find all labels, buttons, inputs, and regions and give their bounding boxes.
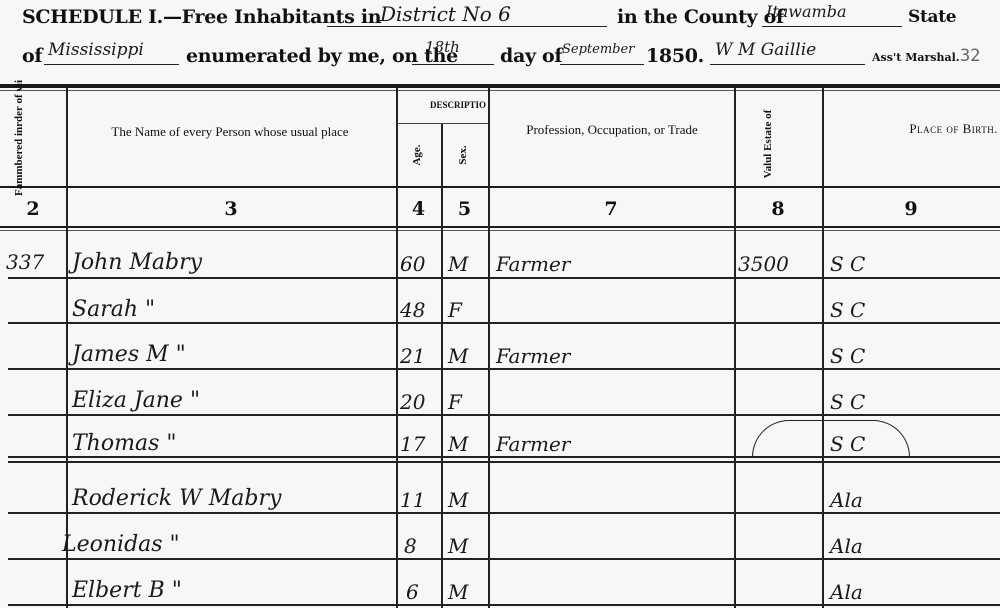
person-sex: M [448,344,468,368]
day-value: 18th [425,38,460,56]
table-top-rule-thin [0,90,1000,91]
person-sex: M [448,580,468,604]
colnum-divider-2 [0,230,1000,231]
colnum-divider-1 [0,226,1000,228]
families-header: Fammbered inrder of vii [14,96,54,196]
district-value: District No 6 [380,2,511,26]
header-divider [0,186,1000,188]
state-label: State [908,7,956,27]
table-top-rule [0,84,1000,88]
person-sex: M [448,252,468,276]
person-birthplace: S C [830,344,865,368]
person-name: John Mabry [72,250,202,275]
person-age: 21 [400,344,425,368]
col-divider-sex [488,88,490,608]
birthplace-header: Place of Birth. [826,122,1000,136]
description-header: DESCRIPTIO [398,101,488,111]
colnum-profession: 7 [488,198,734,220]
person-real-estate: 3500 [738,252,789,276]
row-line-2 [8,322,1000,324]
row-line-8 [8,604,1000,606]
person-age: 17 [400,432,425,456]
row-line-1 [8,277,1000,279]
person-birthplace: S C [830,390,865,414]
name-header: The Name of every Person whose usual pla… [70,125,390,139]
row-line-7 [8,558,1000,560]
month-underline [560,64,644,65]
state-underline [44,64,179,65]
person-profession: Farmer [496,432,570,456]
col-divider-name [396,88,398,608]
county-underline [762,26,902,27]
colnum-families: 2 [0,198,66,220]
marshal-signature: W M Gaillie [715,40,816,60]
person-sex: F [448,390,462,414]
person-sex: M [448,534,468,558]
colnum-sex: 5 [441,198,488,220]
person-age: 8 [404,534,417,558]
person-sex: F [448,298,462,322]
person-name: Sarah " [72,297,155,322]
profession-header: Profession, Occupation, or Trade [492,123,732,137]
family-separator [8,461,1000,463]
row-line-3 [8,368,1000,370]
description-subdivider [397,123,488,124]
colnum-estate: 8 [734,198,822,220]
col-divider-age [441,124,443,608]
person-age: 11 [400,488,425,512]
page-number: 32 [960,46,980,66]
col-divider-families [66,88,68,608]
person-birthplace: Ala [830,534,863,558]
person-birthplace: S C [830,252,865,276]
district-underline [327,26,607,27]
person-name: Elbert B " [72,578,182,603]
row-line-4 [8,414,1000,416]
person-name: Leonidas " [62,532,180,557]
person-age: 48 [400,298,425,322]
person-age: 60 [400,252,425,276]
colnum-birthplace: 9 [822,198,1000,220]
row-line-6 [8,512,1000,514]
person-age: 6 [406,580,419,604]
of-label: of [22,45,42,67]
person-sex: M [448,432,468,456]
person-birthplace: S C [830,432,865,456]
person-birthplace: Ala [830,488,863,512]
person-name: James M " [72,342,186,367]
county-label: in the County of [617,6,784,28]
person-age: 20 [400,390,425,414]
month-value: September [562,42,634,57]
schedule-title: SCHEDULE I.—Free Inhabitants in [22,6,381,28]
marshal-label: Ass't Marshal. [872,51,960,64]
person-name: Eliza Jane " [72,388,200,413]
day-of-label: day of [500,45,562,67]
person-profession: Farmer [496,344,570,368]
person-name: Thomas " [72,431,176,456]
person-sex: M [448,488,468,512]
state-value: Mississippi [48,40,144,60]
marshal-underline [710,64,865,65]
year-label: 1850. [646,45,704,67]
age-header: Age. [412,135,426,175]
person-profession: Farmer [496,252,570,276]
day-underline [412,64,494,65]
col-divider-profession [734,88,736,608]
sex-header: Sex. [458,135,472,175]
colnum-name: 3 [66,198,396,220]
estate-header: Valul Estate of [763,94,791,194]
county-value: Itawamba [766,2,846,21]
colnum-age: 4 [396,198,441,220]
person-name: Roderick W Mabry [72,486,281,511]
family-number: 337 [6,250,44,274]
person-birthplace: S C [830,298,865,322]
col-divider-estate [822,88,824,608]
person-birthplace: Ala [830,580,863,604]
